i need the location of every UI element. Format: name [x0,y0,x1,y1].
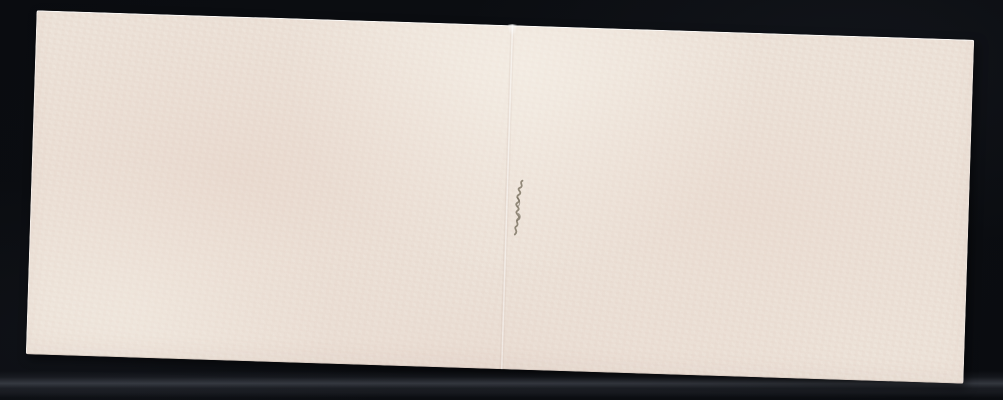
photo-background [0,0,1003,400]
expert-mark-handwriting [508,177,532,240]
crease-top-notch [507,24,517,36]
stamp-pair-back-paper [26,10,974,383]
expert-mark-stroke [515,181,523,235]
